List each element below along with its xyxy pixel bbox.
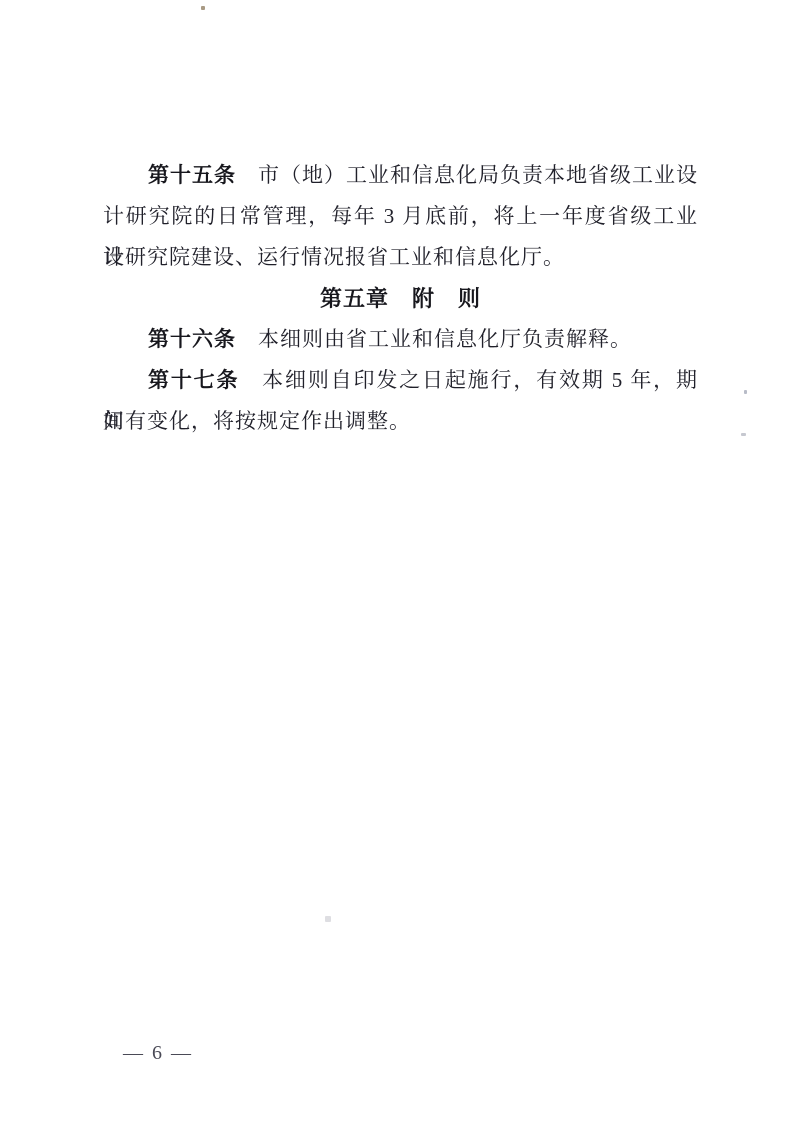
article-15-line-3: 计研究院建设、运行情况报省工业和信息化厅。 xyxy=(103,237,698,278)
chapter-5-heading: 第五章 附 则 xyxy=(103,278,698,319)
scan-speck xyxy=(741,433,746,436)
article-15-line-2: 计研究院的日常管理，每年 3 月底前，将上一年度省级工业设 xyxy=(103,196,698,237)
article-15-text-1: 市（地）工业和信息化局负责本地省级工业设 xyxy=(236,163,698,187)
document-body: 第十五条 市（地）工业和信息化局负责本地省级工业设 计研究院的日常管理，每年 3… xyxy=(103,155,698,442)
article-15-number: 第十五条 xyxy=(148,164,236,187)
article-17-line-1: 第十七条 本细则自印发之日起施行，有效期 5 年，期间 xyxy=(103,360,698,401)
document-page: 第十五条 市（地）工业和信息化局负责本地省级工业设 计研究院的日常管理，每年 3… xyxy=(0,0,793,1121)
scan-speck xyxy=(325,916,331,922)
scan-speck xyxy=(201,6,205,10)
article-15-line-1: 第十五条 市（地）工业和信息化局负责本地省级工业设 xyxy=(103,155,698,196)
article-15-text-3: 计研究院建设、运行情况报省工业和信息化厅。 xyxy=(103,245,565,269)
article-17-text-2: 如有变化，将按规定作出调整。 xyxy=(103,409,411,433)
article-17-number: 第十七条 xyxy=(148,369,239,392)
article-16-text: 本细则由省工业和信息化厅负责解释。 xyxy=(236,327,632,351)
scan-speck xyxy=(744,390,747,394)
article-16-number: 第十六条 xyxy=(148,328,236,351)
article-17-line-2: 如有变化，将按规定作出调整。 xyxy=(103,401,698,442)
article-16-line-1: 第十六条 本细则由省工业和信息化厅负责解释。 xyxy=(103,319,698,360)
page-number: — 6 — xyxy=(123,1042,193,1065)
